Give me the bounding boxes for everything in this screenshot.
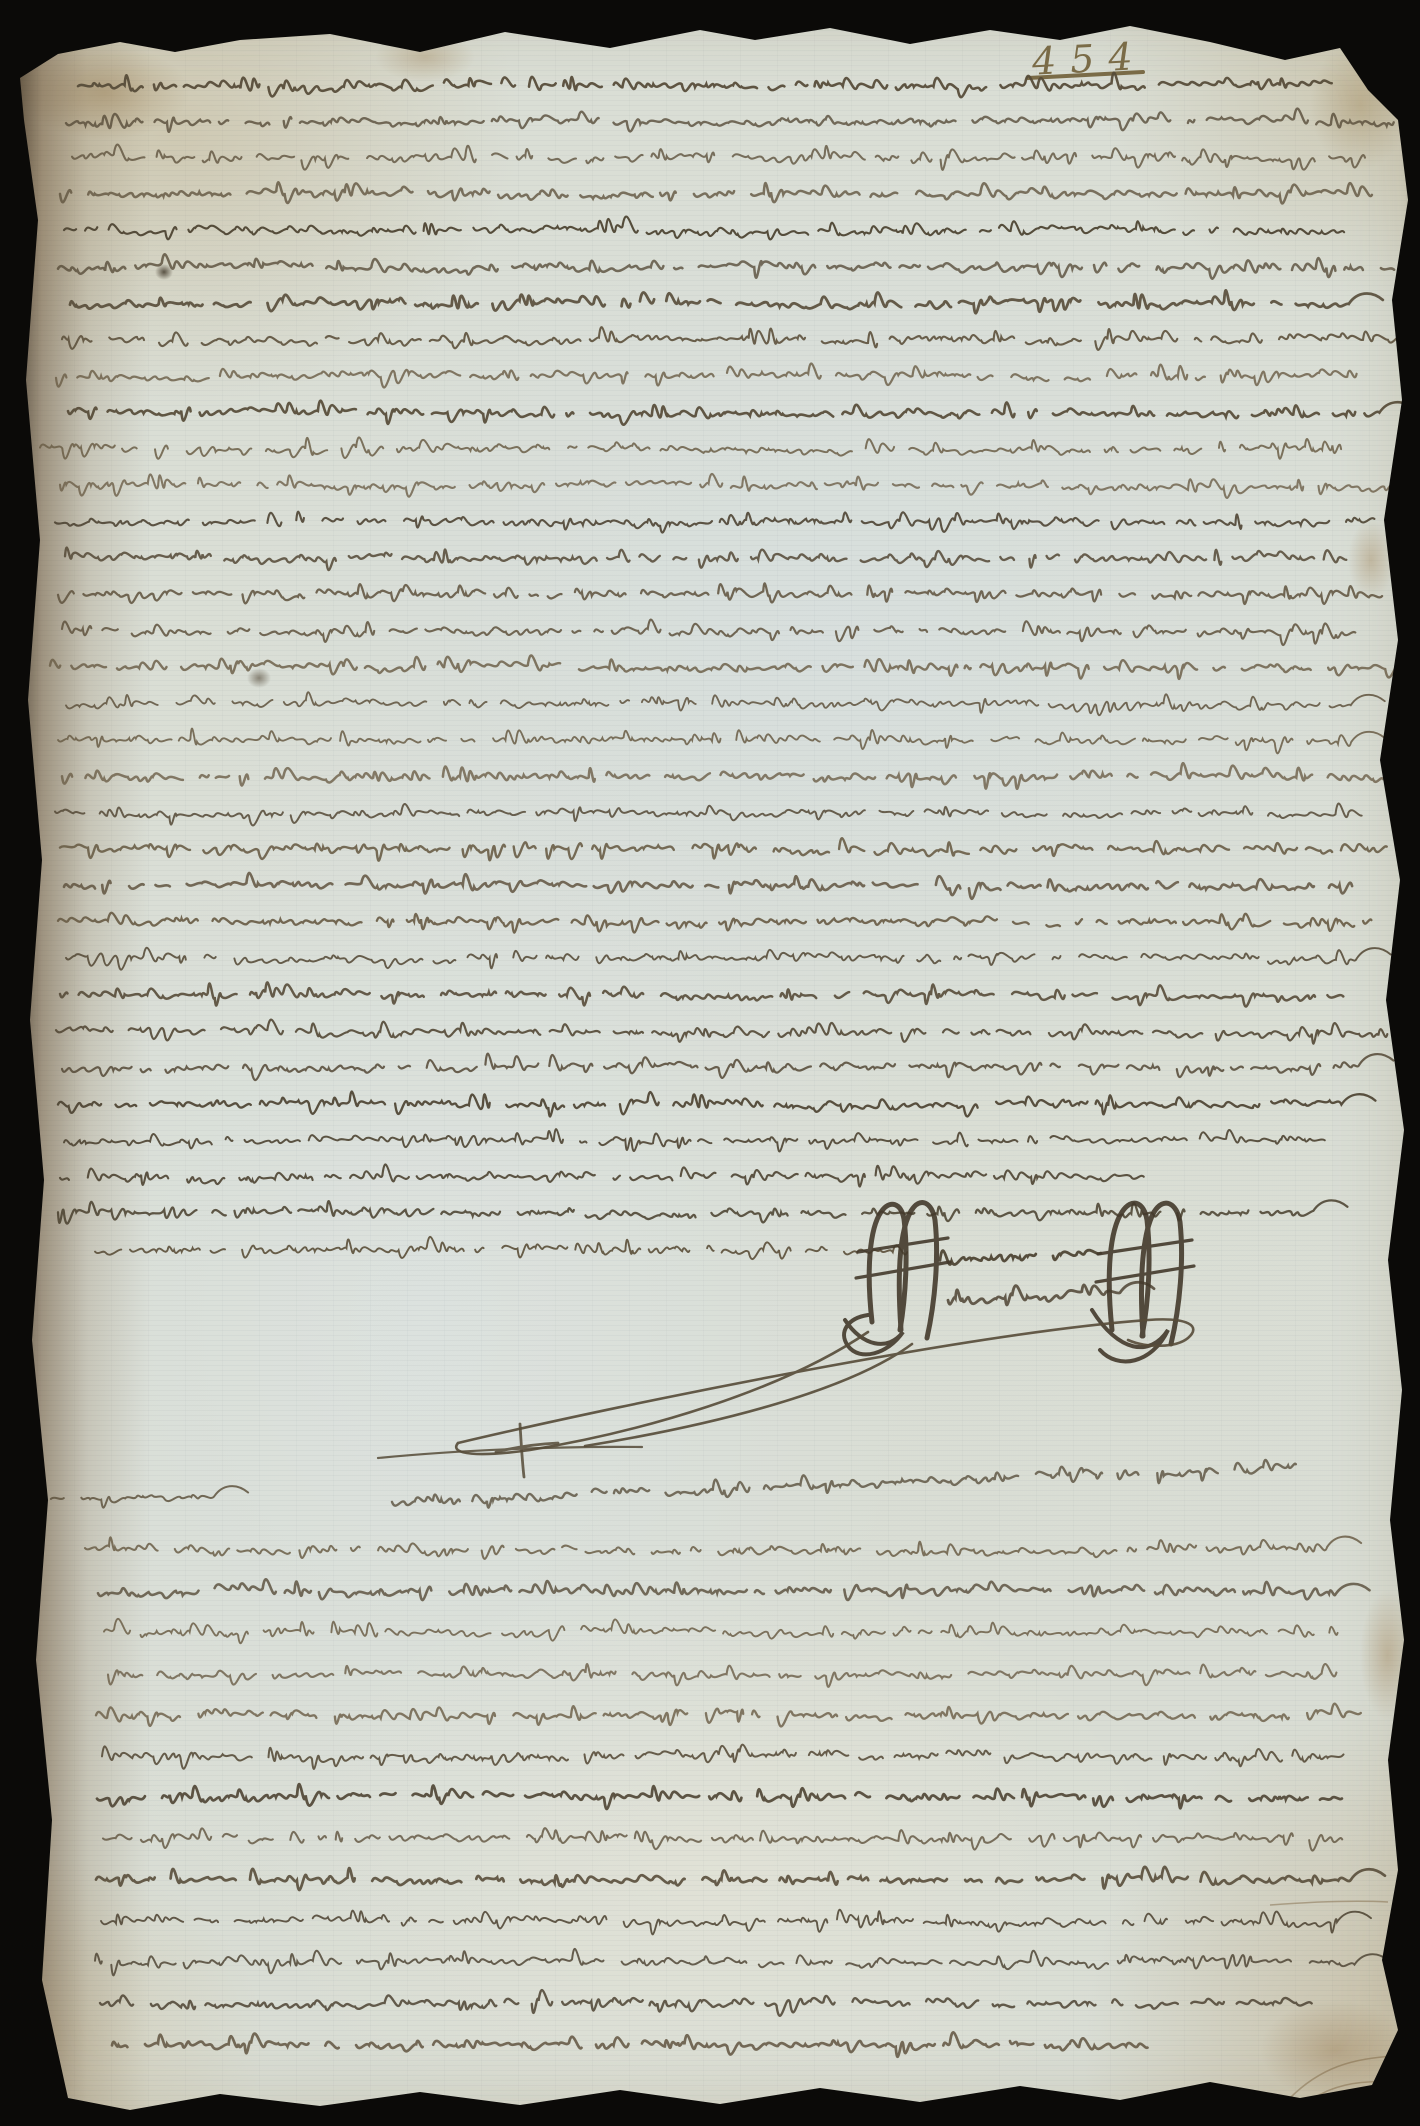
ink-layer: 454 bbox=[0, 0, 1420, 2126]
handwriting-line bbox=[58, 583, 1382, 604]
handwriting-line bbox=[60, 474, 1392, 498]
handwriting-line bbox=[56, 363, 1357, 387]
handwriting-line bbox=[55, 804, 1362, 826]
handwriting-line bbox=[96, 1867, 1385, 1890]
handwriting-line bbox=[103, 1828, 1342, 1850]
handwriting-line bbox=[56, 1020, 1387, 1044]
signature-monogram-left bbox=[844, 1202, 950, 1354]
handwriting-line bbox=[8, 1486, 248, 1508]
handwriting-line bbox=[948, 1282, 1154, 1305]
handwriting-line bbox=[70, 290, 1383, 313]
second-text-block bbox=[85, 1537, 1389, 2057]
docket-heading-line bbox=[392, 1460, 1296, 1508]
handwriting-line bbox=[98, 1579, 1370, 1600]
handwriting-line bbox=[60, 838, 1387, 860]
handwriting-line bbox=[60, 982, 1343, 1006]
handwriting-line bbox=[62, 327, 1399, 350]
handwriting-line bbox=[65, 548, 1346, 570]
handwriting-line bbox=[50, 655, 1401, 678]
handwriting-line bbox=[112, 2032, 1148, 2056]
margin-note bbox=[8, 1486, 248, 1508]
manuscript-page: 454 bbox=[0, 0, 1420, 2126]
handwriting-line bbox=[100, 1990, 1312, 2016]
handwriting-line bbox=[96, 1704, 1361, 1727]
handwriting-line bbox=[62, 763, 1383, 789]
handwriting-line bbox=[62, 1054, 1393, 1080]
handwriting-line bbox=[66, 948, 1391, 970]
handwriting-line bbox=[102, 1745, 1344, 1769]
handwriting-line bbox=[55, 512, 1374, 533]
signature-monogram-right bbox=[1092, 1203, 1194, 1361]
handwriting-line bbox=[40, 437, 1341, 458]
handwriting-line bbox=[95, 1949, 1389, 1975]
handwriting-line bbox=[940, 1250, 1101, 1264]
handwriting-line bbox=[72, 145, 1365, 170]
handwriting-line bbox=[64, 217, 1344, 240]
handwriting-line bbox=[108, 1664, 1336, 1687]
handwriting-line bbox=[66, 109, 1394, 132]
handwriting-line bbox=[60, 1164, 1144, 1186]
handwriting-line bbox=[60, 182, 1372, 203]
handwriting-line bbox=[97, 1784, 1342, 1809]
handwriting-line bbox=[58, 913, 1371, 933]
handwriting-line bbox=[58, 254, 1394, 278]
signature-rubric-flourish bbox=[456, 1319, 1193, 1454]
handwriting-line bbox=[95, 1237, 907, 1259]
handwriting-line bbox=[64, 1129, 1325, 1151]
handwriting-line bbox=[58, 1092, 1375, 1117]
scanner-background: { "scan": { "background_color": "#0b0a08… bbox=[0, 0, 1420, 2126]
handwriting-line bbox=[64, 873, 1352, 899]
handwriting-line bbox=[85, 1537, 1361, 1559]
handwriting-line bbox=[104, 1619, 1338, 1643]
handwriting-line bbox=[66, 692, 1385, 715]
handwriting-line bbox=[101, 1910, 1371, 1935]
handwriting-line bbox=[58, 729, 1385, 754]
handwriting-line bbox=[68, 401, 1413, 425]
handwriting-line bbox=[392, 1460, 1296, 1508]
main-text-block bbox=[40, 73, 1413, 1259]
handwriting-line bbox=[62, 620, 1355, 645]
